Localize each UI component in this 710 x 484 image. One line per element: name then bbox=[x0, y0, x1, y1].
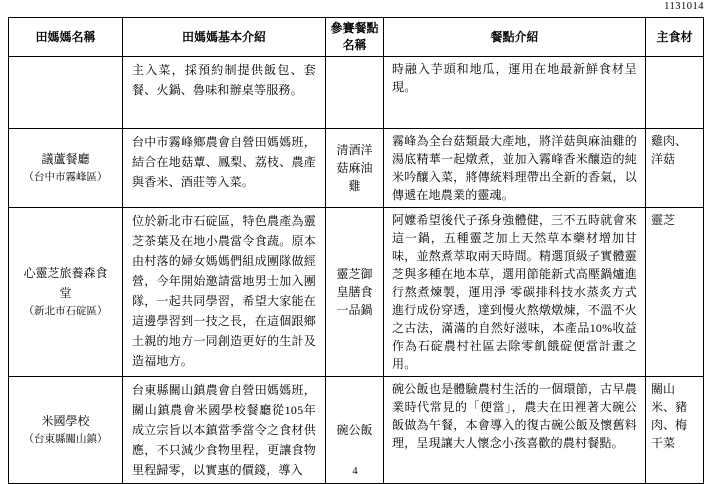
header-cell-main-ingredient: 主食材 bbox=[646, 18, 704, 57]
header-cell-dish-intro: 餐點介紹 bbox=[384, 18, 646, 57]
doc-number: 1131014 bbox=[664, 1, 704, 12]
restaurant-location: （台中市霧峰區） bbox=[21, 169, 110, 187]
dish-intro-cell: 霧峰為全台菇類最大產地，將洋菇與麻油雞的湯底精華一起燉煮，並加入霧峰香米釀造的純… bbox=[384, 129, 646, 208]
dish-name-cell: 靈芝御皇膳食一品鍋 bbox=[326, 208, 384, 377]
header-cell-dish-name: 參賽餐點名稱 bbox=[326, 18, 384, 57]
restaurant-name-cell bbox=[9, 57, 123, 129]
dish-intro-cell: 阿嬤希望後代子孫身強體健，三不五時就會來這一鍋，五種靈芝加上天然草本藥材增加甘味… bbox=[384, 208, 646, 377]
header-cell-name: 田媽媽名稱 bbox=[9, 18, 123, 57]
dish-name-cell bbox=[326, 57, 384, 129]
dish-name-cell: 清酒洋菇麻油雞 bbox=[326, 129, 384, 208]
restaurant-name: 議蘆餐廳 bbox=[21, 149, 110, 169]
table-header-row: 田媽媽名稱 田媽媽基本介紹 參賽餐點名稱 餐點介紹 主食材 bbox=[9, 18, 704, 57]
restaurant-location: （台東縣關山鎮） bbox=[21, 431, 110, 449]
header-cell-basic-intro: 田媽媽基本介紹 bbox=[123, 18, 326, 57]
restaurant-intro-cell: 位於新北市石碇區，特色農產為靈芝茶葉及在地小農當令食蔬。原本由村落的婦女媽媽們組… bbox=[123, 208, 326, 377]
restaurant-intro-cell: 台中市霧峰鄉農會自營田媽媽班，結合在地菇蕈、鳳梨、荔枝、農產與香米、酒莊等入菜。 bbox=[123, 129, 326, 208]
table-row: 主入菜，採預約制提供飯包、套餐、火鍋、魯味和辦桌等服務。 時融入芋頭和地瓜，運用… bbox=[9, 57, 704, 129]
tianmama-dishes-table: 田媽媽名稱 田媽媽基本介紹 參賽餐點名稱 餐點介紹 主食材 主入菜，採預約制提供… bbox=[8, 17, 704, 484]
restaurant-name: 米國學校 bbox=[21, 411, 110, 431]
restaurant-name-cell: 議蘆餐廳 （台中市霧峰區） bbox=[9, 129, 123, 208]
page-number: 4 bbox=[0, 466, 710, 477]
restaurant-location: （新北市石碇區） bbox=[21, 303, 110, 321]
dish-intro-cell: 時融入芋頭和地瓜，運用在地最新鮮食材呈現。 bbox=[384, 57, 646, 129]
main-ingredient-cell bbox=[646, 57, 704, 129]
restaurant-intro-cell: 主入菜，採預約制提供飯包、套餐、火鍋、魯味和辦桌等服務。 bbox=[123, 57, 326, 129]
table-row: 議蘆餐廳 （台中市霧峰區） 台中市霧峰鄉農會自營田媽媽班，結合在地菇蕈、鳳梨、荔… bbox=[9, 129, 704, 208]
main-ingredient-cell: 靈芝 bbox=[646, 208, 704, 377]
table-row: 心靈芝旅養森食堂 （新北市石碇區） 位於新北市石碇區，特色農產為靈芝茶葉及在地小… bbox=[9, 208, 704, 377]
restaurant-name-cell: 心靈芝旅養森食堂 （新北市石碇區） bbox=[9, 208, 123, 377]
restaurant-name: 心靈芝旅養森食堂 bbox=[21, 263, 110, 303]
main-ingredient-cell: 雞肉、洋菇 bbox=[646, 129, 704, 208]
